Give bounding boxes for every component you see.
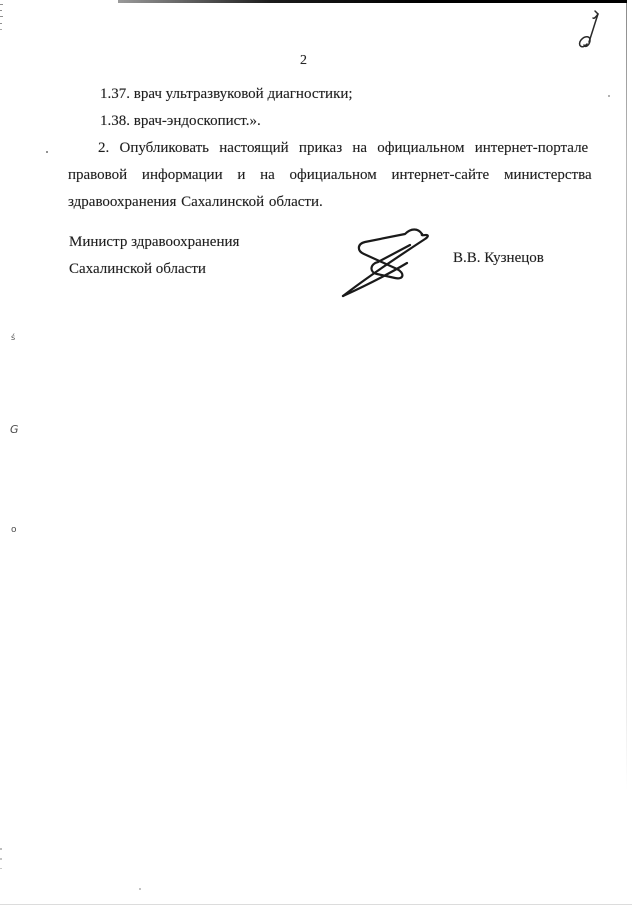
minister-title: Министр здравоохранения Сахалинской обла… xyxy=(69,229,239,283)
paragraph-line-3: здравоохранения Сахалинской области. xyxy=(68,189,546,216)
margin-artifact-mark: G xyxy=(10,424,19,435)
scan-edge-dash xyxy=(0,10,2,11)
margin-artifact-mark: o xyxy=(11,526,17,535)
margin-artifact-mark: ś xyxy=(11,334,15,342)
scan-edge-dash xyxy=(0,16,3,17)
scan-edge-dash xyxy=(0,4,3,5)
scan-speck xyxy=(46,151,48,153)
scan-edge-dash xyxy=(0,23,2,24)
scan-edge-dash xyxy=(0,29,2,30)
scan-top-edge-line xyxy=(118,0,627,3)
minister-title-line-2: Сахалинской области xyxy=(69,256,239,283)
minister-title-line-1: Министр здравоохранения xyxy=(69,229,239,256)
scan-edge-dash xyxy=(0,858,2,860)
scanned-document-page: 2 1.37. врач ультразвуковой диагностики;… xyxy=(0,0,632,905)
paragraph-line-2: правовой информации и на официальном инт… xyxy=(68,162,546,189)
scan-edge-dash xyxy=(0,848,2,850)
scan-speck xyxy=(608,95,610,97)
page-number: 2 xyxy=(300,53,307,69)
handwritten-corner-mark xyxy=(574,8,604,54)
document-body: 1.37. врач ультразвуковой диагностики; 1… xyxy=(68,81,546,216)
paragraph-line-1: 2. Опубликовать настоящий приказ на офиц… xyxy=(68,135,546,162)
signature-scribble xyxy=(334,226,436,301)
scan-right-edge-line xyxy=(626,3,627,791)
list-item-1-37: 1.37. врач ультразвуковой диагностики; xyxy=(68,81,546,108)
scan-speck xyxy=(139,888,141,890)
scan-edge-dash xyxy=(0,868,2,869)
signer-name: В.В. Кузнецов xyxy=(453,250,544,267)
list-item-1-38: 1.38. врач-эндоскопист.». xyxy=(68,108,546,135)
